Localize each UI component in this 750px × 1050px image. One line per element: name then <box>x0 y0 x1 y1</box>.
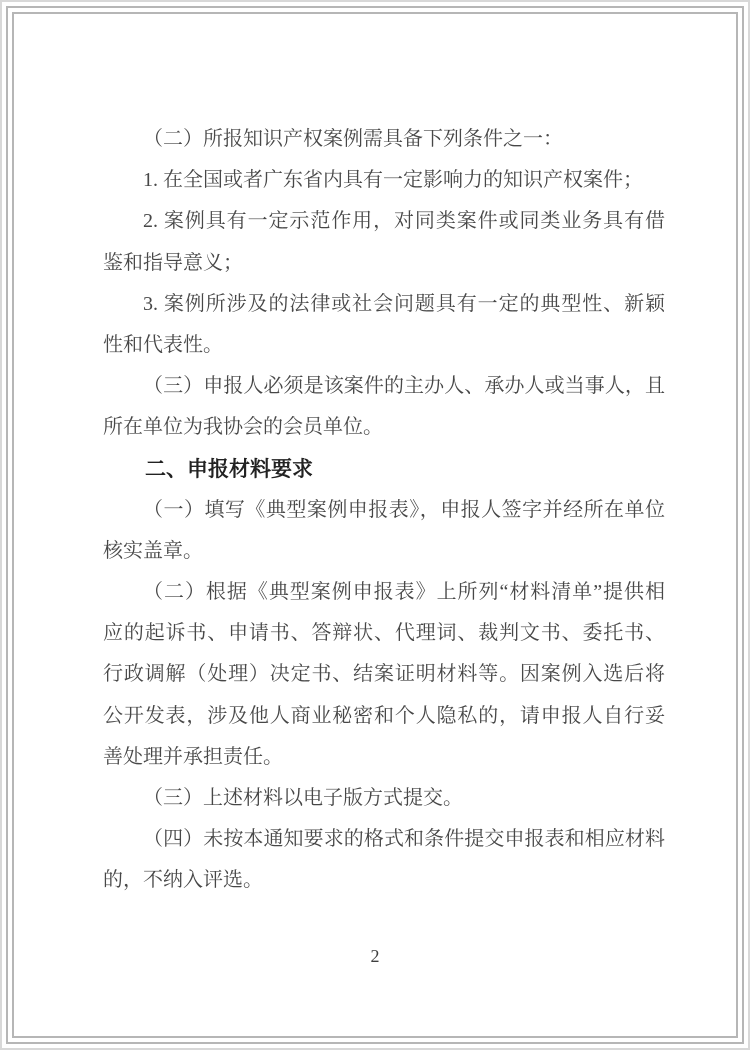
text-line: 所在单位为我协会的会员单位。 <box>103 407 665 448</box>
text-line: （二）根据《典型案例申报表》上所列“材料清单”提供相 <box>103 572 665 613</box>
page-number: 2 <box>0 944 750 968</box>
paragraph: （三）上述材料以电子版方式提交。 <box>103 778 665 819</box>
text-line: （二）所报知识产权案例需具备下列条件之一： <box>103 119 665 160</box>
text-line: 核实盖章。 <box>103 531 665 572</box>
paragraph: 3. 案例所涉及的法律或社会问题具有一定的典型性、新颖性和代表性。 <box>103 284 665 366</box>
document-text: （二）所报知识产权案例需具备下列条件之一：1. 在全国或者广东省内具有一定影响力… <box>103 119 665 902</box>
text-line: （四）未按本通知要求的格式和条件提交申报表和相应材料 <box>103 819 665 860</box>
text-line: 1. 在全国或者广东省内具有一定影响力的知识产权案件； <box>103 160 665 201</box>
text-line: 2. 案例具有一定示范作用，对同类案件或同类业务具有借 <box>103 201 665 242</box>
paragraph: （三）申报人必须是该案件的主办人、承办人或当事人，且所在单位为我协会的会员单位。 <box>103 366 665 448</box>
text-line: 行政调解（处理）决定书、结案证明材料等。因案例入选后将 <box>103 654 665 695</box>
text-line: 公开发表，涉及他人商业秘密和个人隐私的，请申报人自行妥 <box>103 696 665 737</box>
section-heading: 二、申报材料要求 <box>103 449 665 490</box>
paragraph: （二）所报知识产权案例需具备下列条件之一： <box>103 119 665 160</box>
paragraph: 2. 案例具有一定示范作用，对同类案件或同类业务具有借鉴和指导意义； <box>103 201 665 283</box>
paragraph: 1. 在全国或者广东省内具有一定影响力的知识产权案件； <box>103 160 665 201</box>
text-line: 鉴和指导意义； <box>103 243 665 284</box>
text-line: （一）填写《典型案例申报表》，申报人签字并经所在单位 <box>103 490 665 531</box>
text-line: 性和代表性。 <box>103 325 665 366</box>
text-line: 应的起诉书、申请书、答辩状、代理词、裁判文书、委托书、 <box>103 613 665 654</box>
paragraph: （一）填写《典型案例申报表》，申报人签字并经所在单位核实盖章。 <box>103 490 665 572</box>
text-line: 善处理并承担责任。 <box>103 737 665 778</box>
text-line: （三）申报人必须是该案件的主办人、承办人或当事人，且 <box>103 366 665 407</box>
paragraph: （四）未按本通知要求的格式和条件提交申报表和相应材料的，不纳入评选。 <box>103 819 665 901</box>
paragraph: （二）根据《典型案例申报表》上所列“材料清单”提供相应的起诉书、申请书、答辩状、… <box>103 572 665 778</box>
document-page: （二）所报知识产权案例需具备下列条件之一：1. 在全国或者广东省内具有一定影响力… <box>0 0 750 1050</box>
text-line: 的，不纳入评选。 <box>103 860 665 901</box>
text-line: （三）上述材料以电子版方式提交。 <box>103 778 665 819</box>
text-line: 3. 案例所涉及的法律或社会问题具有一定的典型性、新颖 <box>103 284 665 325</box>
text-line: 二、申报材料要求 <box>103 449 665 490</box>
